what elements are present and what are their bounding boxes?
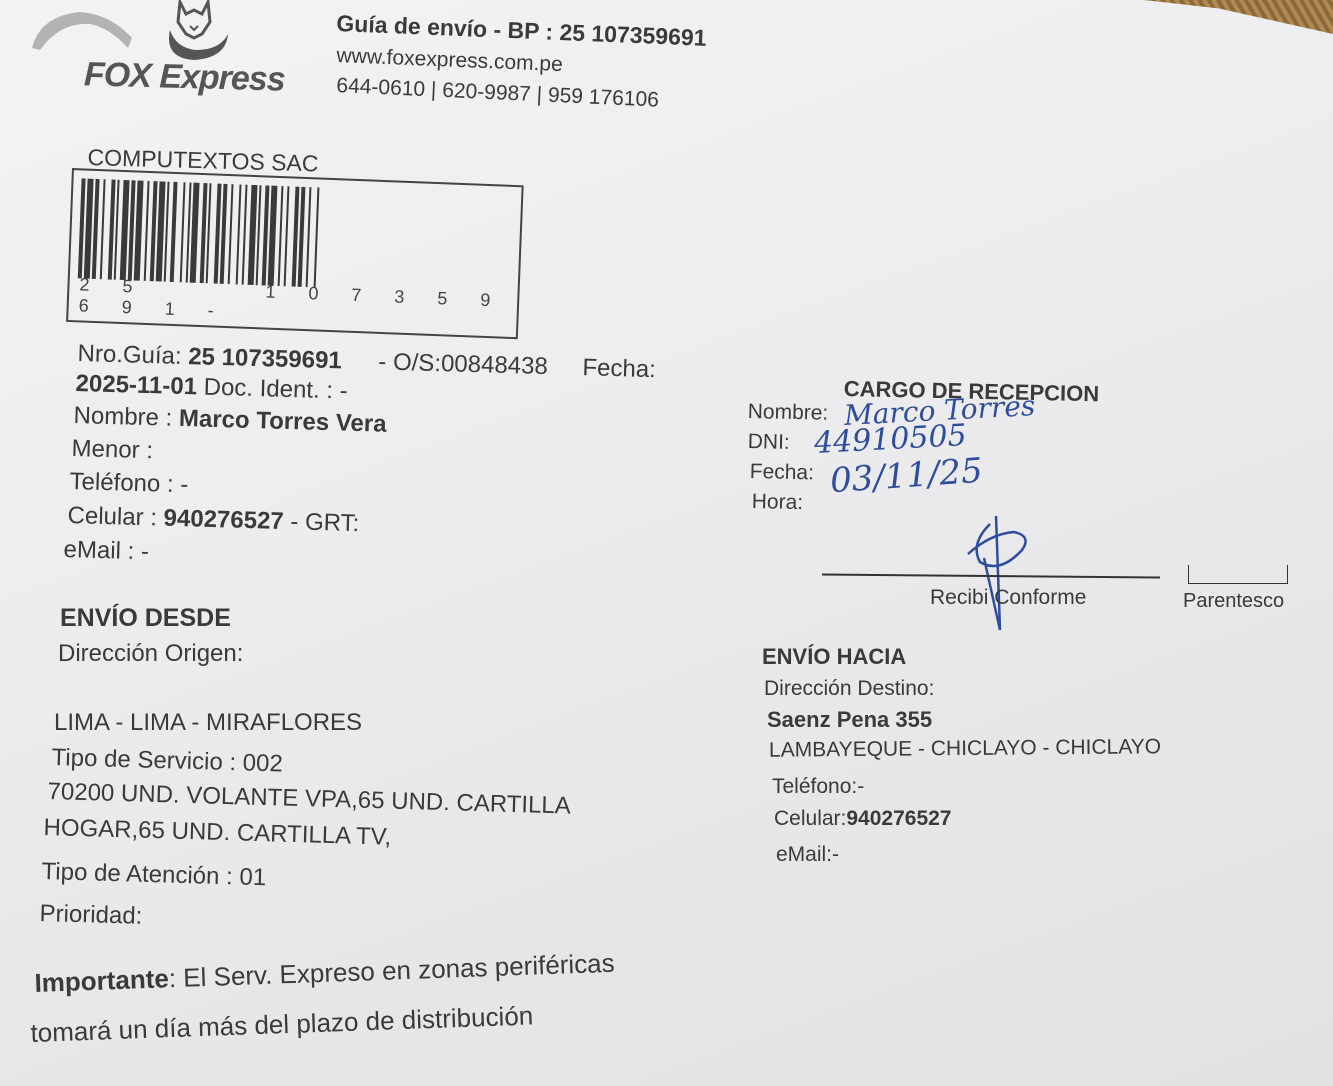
- attention-type: Tipo de Atención : 01: [41, 858, 266, 892]
- recibi-conforme-label: Recibi Conforme: [930, 586, 1086, 610]
- notice-text-1: : El Serv. Expreso en zonas periféricas: [168, 948, 615, 994]
- destination-email: eMail:-: [776, 843, 839, 867]
- menor-field: Menor :: [71, 435, 153, 465]
- destination-cell-value: 940276527: [846, 807, 951, 830]
- priority: Prioridad:: [39, 900, 142, 931]
- content-line-2: HOGAR,65 UND. CARTILLA TV,: [43, 814, 391, 852]
- origin-location: LIMA - LIMA - MIRAFLORES: [54, 709, 362, 737]
- date-value: 2025-11-01: [75, 370, 197, 400]
- destination-cell-line: Celular:940276527: [774, 807, 952, 831]
- cargo-name-label: Nombre:: [747, 400, 828, 426]
- destination-address-label: Dirección Destino:: [764, 677, 934, 701]
- grt-label: - GRT:: [290, 508, 360, 537]
- date-label: Fecha:: [582, 354, 656, 383]
- barcode-prefix: 2 5: [79, 274, 147, 297]
- name-label: Nombre :: [73, 402, 172, 432]
- fox-logo-icon: [150, 0, 240, 62]
- brand-name: FOX Express: [84, 55, 286, 99]
- notice-line-1: Importante: El Serv. Expreso en zonas pe…: [34, 948, 615, 999]
- destination-cell-label: Celular:: [774, 807, 846, 830]
- guide-number-value: 25 107359691: [188, 343, 342, 374]
- origin-address-label: Dirección Origen:: [58, 640, 243, 668]
- notice-line-2: tomará un día más del plazo de distribuc…: [30, 1000, 534, 1049]
- recipient-name-line: Nombre : Marco Torres Vera: [73, 402, 387, 439]
- parentesco-label: Parentesco: [1183, 590, 1284, 613]
- service-type: Tipo de Servicio : 002: [51, 744, 283, 778]
- cargo-hour-label: Hora:: [751, 490, 803, 515]
- order-service: - O/S:00848438: [378, 348, 548, 380]
- celular-line: Celular : 940276527 - GRT:: [67, 502, 359, 538]
- destination-address: Saenz Pena 355: [767, 707, 932, 733]
- doc-ident: Doc. Ident. : -: [203, 374, 348, 405]
- barcode: 2 5 1 0 7 3 5 9 6 9 1 -: [66, 168, 524, 339]
- website-link[interactable]: www.foxexpress.com.pe: [336, 44, 563, 77]
- name-value: Marco Torres Vera: [179, 405, 387, 438]
- telefono-field: Teléfono : -: [69, 468, 188, 499]
- celular-label: Celular :: [67, 502, 157, 531]
- background-fabric: [1143, 0, 1333, 34]
- destination-location: LAMBAYEQUE - CHICLAYO - CHICLAYO: [769, 735, 1161, 762]
- email-field: eMail : -: [63, 536, 149, 566]
- content-line-1: 70200 UND. VOLANTE VPA,65 UND. CARTILLA: [47, 778, 571, 821]
- destination-phone: Teléfono:-: [772, 775, 864, 799]
- envio-hacia-title: ENVÍO HACIA: [762, 644, 906, 670]
- cargo-dni-label: DNI:: [747, 430, 789, 455]
- cargo-date-label: Fecha:: [749, 460, 814, 485]
- parentesco-field: [1188, 565, 1288, 584]
- phone-numbers: 644-0610 | 620-9987 | 959 176106: [336, 74, 659, 113]
- envio-desde-title: ENVÍO DESDE: [60, 604, 231, 633]
- guide-number-label: Nro.Guía:: [77, 340, 182, 370]
- notice-label: Importante: [34, 963, 169, 998]
- date-doc-line: 2025-11-01 Doc. Ident. : -: [75, 370, 348, 406]
- celular-value: 940276527: [163, 505, 284, 535]
- torn-paper-mark: [20, 8, 140, 58]
